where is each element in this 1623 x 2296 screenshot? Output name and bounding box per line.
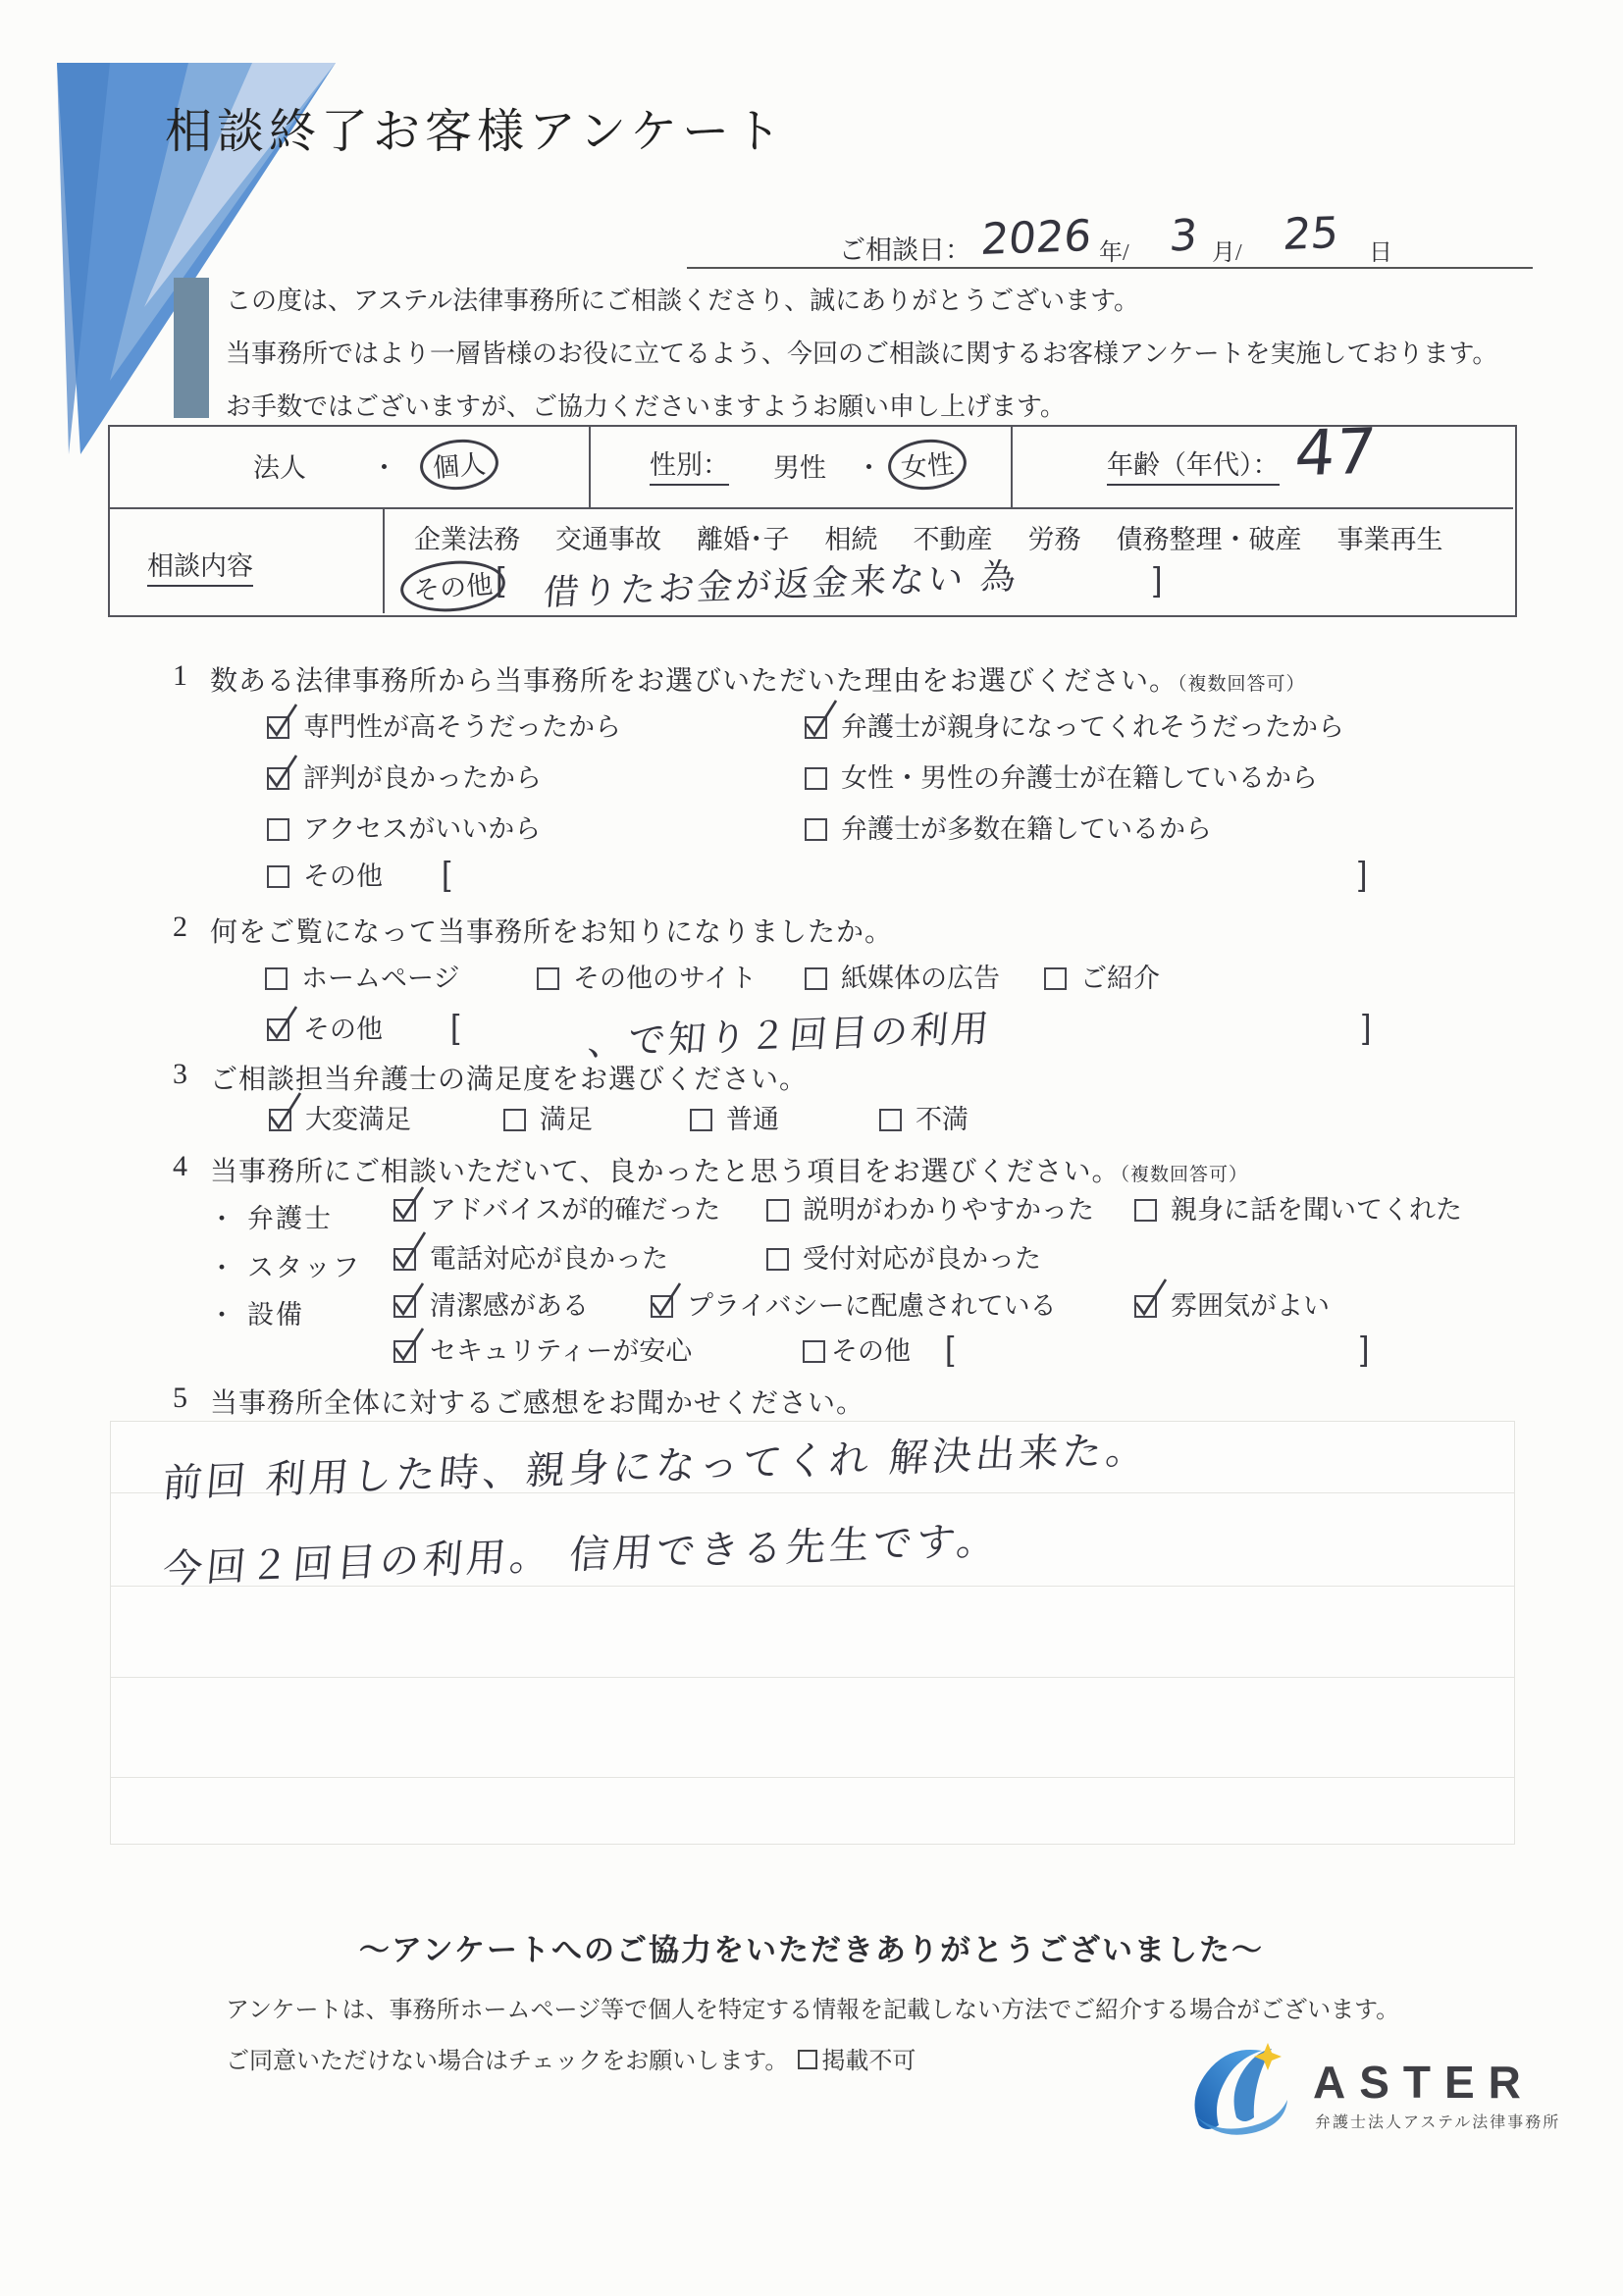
bullet: ・: [209, 1199, 235, 1235]
bracket-open: [: [450, 1009, 459, 1047]
q2-option-4: ご紹介: [1044, 964, 1160, 993]
check-mark-icon: [395, 1232, 425, 1267]
q3-number: 3: [173, 1058, 187, 1091]
intro-accent-bar: [174, 278, 209, 418]
checkbox-unchecked[interactable]: [766, 1248, 789, 1271]
q5-comment-area[interactable]: 前回 利用した時、親身になってくれ 解決出来た。 今回２回目の利用。 信用できる…: [110, 1421, 1515, 1845]
consult-option[interactable]: 事業再生: [1337, 518, 1443, 556]
q2-option-1: ホームページ: [265, 964, 459, 993]
consult-option[interactable]: 相続: [825, 518, 878, 556]
no-publish-checkbox[interactable]: [798, 2050, 817, 2069]
q4-r1-option-1: アドバイスが的確だった: [393, 1195, 720, 1225]
consult-content-label: 相談内容: [147, 545, 253, 587]
q2-text: 何をご覧になって当事務所をお知りになりましたか。: [210, 911, 893, 950]
checkbox-unchecked[interactable]: [803, 1340, 825, 1363]
check-mark-icon: [395, 1283, 423, 1314]
male-option[interactable]: 男性: [773, 446, 826, 485]
check-mark-icon: [807, 701, 836, 735]
intro-line-1: この度は、アステル法律事務所にご相談くださり、誠にありがとうございます。: [226, 275, 1497, 328]
checkbox-checked[interactable]: [269, 1109, 291, 1131]
intro-line-2: 当事務所ではより一層皆様のお役に立てるよう、今回のご相談に関するお客様アンケート…: [226, 328, 1497, 381]
no-publish-label: 掲載不可: [821, 2048, 916, 2074]
checkbox-checked[interactable]: [393, 1295, 416, 1318]
bracket-close: ]: [1358, 856, 1367, 894]
q4-r2-option-2: 受付対応が良かった: [766, 1244, 1041, 1274]
dot-separator-2: ・: [856, 446, 882, 485]
checkbox-checked[interactable]: [393, 1340, 416, 1363]
month-unit: 月/: [1212, 233, 1242, 267]
dot-separator: ・: [371, 446, 397, 485]
consult-options-row: 企業法務 交通事故 離婚･子 相続 不動産 労務 債務整理・破産 事業再生: [414, 518, 1443, 556]
logo-subtitle: 弁護士法人アステル法律事務所: [1315, 2110, 1560, 2132]
q3-option-1: 大変満足: [269, 1105, 411, 1134]
checkbox-unchecked[interactable]: [690, 1109, 712, 1131]
bracket-close: ]: [1360, 1331, 1369, 1369]
checkbox-checked[interactable]: [393, 1248, 416, 1271]
check-mark-icon: [1136, 1279, 1166, 1314]
q2-option-other: その他: [267, 1015, 383, 1044]
q1-option-other: その他: [267, 861, 383, 891]
checkbox-unchecked[interactable]: [265, 967, 288, 990]
q3-option-2: 満足: [503, 1105, 593, 1134]
q4-r1-option-2: 説明がわかりやすかった: [766, 1195, 1094, 1225]
q4-r3-option-3: 雰囲気がよい: [1134, 1291, 1330, 1321]
q4-r2-option-1: 電話対応が良かった: [393, 1244, 668, 1274]
q4-r4-option-other: その他: [803, 1336, 911, 1366]
q2-number: 2: [173, 911, 187, 944]
checkbox-unchecked[interactable]: [267, 865, 289, 888]
handwritten-year: 2026: [979, 215, 1093, 262]
bracket-close: ]: [1153, 561, 1162, 600]
thanks-message: ～アンケートへのご協力をいただきありがとうございました～: [0, 1925, 1623, 1969]
q5-text: 当事務所全体に対するご感想をお聞かせください。: [210, 1382, 864, 1421]
checkbox-unchecked[interactable]: [805, 967, 827, 990]
q1-option-4: 女性・男性の弁護士が在籍しているから: [805, 763, 1318, 793]
q4-note: （複数回答可）: [1120, 1165, 1248, 1185]
handwritten-comment-line-1: 前回 利用した時、親身になってくれ 解決出来た。: [161, 1419, 1152, 1509]
bracket-open: [: [945, 1331, 954, 1369]
q4-text: 当事務所にご相談いただいて、良かったと思う項目をお選びください。（複数回答可）: [210, 1150, 1248, 1189]
q1-note: （複数回答可）: [1178, 674, 1306, 695]
handwritten-q2-other: 、で知り２回目の利用: [586, 998, 994, 1066]
handwritten-day: 25: [1282, 212, 1340, 257]
bracket-open: [: [496, 561, 504, 600]
checkbox-unchecked[interactable]: [503, 1109, 526, 1131]
consult-date-line: ご相談日： 2026 年/ 3 月/ 25 日: [687, 211, 1533, 269]
checkbox-unchecked[interactable]: [805, 818, 827, 841]
consult-date-label: ご相談日：: [839, 229, 971, 267]
table-col-divider-3: [383, 507, 385, 613]
table-col-divider-2: [1011, 425, 1013, 507]
q1-option-3: 評判が良かったから: [267, 763, 542, 793]
age-label: 年齢（年代）：: [1107, 444, 1280, 486]
check-mark-icon: [395, 1187, 423, 1218]
bracket-close: ]: [1362, 1009, 1371, 1047]
consult-option[interactable]: 債務整理・破産: [1117, 518, 1302, 556]
q2-option-2: その他のサイト: [537, 964, 757, 993]
q4-category-lawyer: 弁護士: [247, 1197, 333, 1235]
q4-r3-option-2: プライバシーに配慮されている: [651, 1291, 1057, 1321]
q4-r3-option-1: 清潔感がある: [393, 1291, 589, 1321]
bracket-open: [: [442, 856, 450, 894]
consult-option[interactable]: 交通事故: [555, 518, 661, 556]
table-col-divider-1: [589, 425, 591, 507]
check-mark-icon: [395, 1329, 423, 1359]
q3-option-4: 不満: [879, 1105, 969, 1134]
checkbox-checked[interactable]: [267, 716, 289, 739]
q1-option-2: 弁護士が親身になってくれそうだったから: [805, 712, 1344, 742]
checkbox-checked[interactable]: [805, 716, 827, 739]
checkbox-unchecked[interactable]: [1134, 1199, 1157, 1222]
q4-r4-option-1: セキュリティーが安心: [393, 1336, 692, 1366]
check-mark-icon: [271, 1093, 300, 1127]
checkbox-unchecked[interactable]: [766, 1199, 789, 1222]
q2-option-3: 紙媒体の広告: [805, 964, 1000, 993]
survey-page: 相談終了お客様アンケート ご相談日： 2026 年/ 3 月/ 25 日 この度…: [0, 0, 1623, 2296]
check-mark-icon: [269, 704, 296, 735]
footer-note-1: アンケートは、事務所ホームページ等で個人を特定する情報を記載しない方法でご紹介す…: [226, 1990, 1399, 2024]
page-title: 相談終了お客様アンケート: [165, 93, 786, 161]
checkbox-unchecked[interactable]: [805, 767, 827, 790]
q1-option-6: 弁護士が多数在籍しているから: [805, 814, 1212, 844]
consult-option[interactable]: 離婚･子: [697, 518, 790, 556]
checkbox-checked[interactable]: [1134, 1295, 1157, 1318]
q4-category-facility: 設備: [247, 1293, 304, 1331]
q1-number: 1: [173, 659, 187, 693]
check-mark-icon: [653, 1283, 680, 1314]
ruled-line: [111, 1777, 1514, 1778]
consult-option[interactable]: 労務: [1028, 518, 1081, 556]
checkbox-checked[interactable]: [393, 1199, 416, 1222]
intro-text: この度は、アステル法律事務所にご相談くださり、誠にありがとうございます。 当事務…: [226, 275, 1497, 434]
consult-option[interactable]: 企業法務: [414, 518, 520, 556]
day-unit: 日: [1369, 233, 1392, 267]
checkbox-checked[interactable]: [267, 767, 289, 790]
checkbox-unchecked[interactable]: [1044, 967, 1067, 990]
footer-note-2: ご同意いただけない場合はチェックをお願いします。掲載不可: [226, 2041, 916, 2075]
handwritten-month: 3: [1168, 215, 1199, 259]
handwritten-age: 47: [1292, 421, 1378, 487]
q3-option-3: 普通: [690, 1105, 779, 1134]
q1-option-1: 専門性が高そうだったから: [267, 712, 621, 742]
q4-r1-option-3: 親身に話を聞いてくれた: [1134, 1195, 1462, 1225]
checkbox-unchecked[interactable]: [537, 967, 559, 990]
corp-option[interactable]: 法人: [253, 446, 306, 485]
aster-logo-icon: [1185, 2039, 1301, 2137]
checkbox-unchecked[interactable]: [267, 818, 289, 841]
bullet: ・: [209, 1248, 235, 1284]
year-unit: 年/: [1099, 233, 1129, 267]
bullet: ・: [209, 1295, 235, 1331]
q4-category-staff: スタッフ: [247, 1246, 361, 1284]
checkbox-checked[interactable]: [267, 1018, 289, 1041]
handwritten-comment-line-2: 今回２回目の利用。 信用できる先生です。: [161, 1509, 1003, 1594]
q5-number: 5: [173, 1382, 187, 1415]
table-row-divider: [108, 507, 1513, 509]
logo-text: ASTER: [1313, 2056, 1535, 2109]
q4-number: 4: [173, 1150, 187, 1183]
ruled-line: [111, 1677, 1514, 1678]
q1-option-5: アクセスがいいから: [267, 814, 541, 844]
q1-text: 数ある法律事務所から当事務所をお選びいただいた理由をお選びください。（複数回答可…: [210, 659, 1306, 699]
check-mark-icon: [269, 756, 296, 786]
check-mark-icon: [269, 1007, 296, 1037]
checkbox-unchecked[interactable]: [879, 1109, 902, 1131]
q3-text: ご相談担当弁護士の満足度をお選びください。: [210, 1058, 808, 1097]
checkbox-checked[interactable]: [651, 1295, 673, 1318]
gender-label: 性別：: [650, 444, 729, 486]
